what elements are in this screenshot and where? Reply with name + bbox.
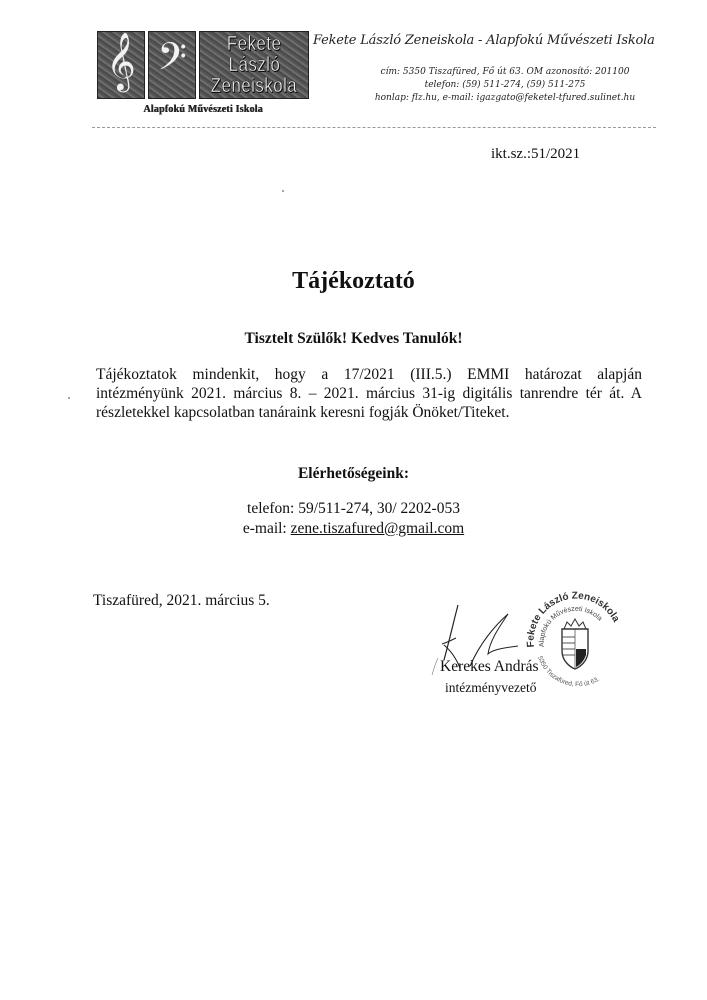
treble-clef-icon: 𝄞 [98, 36, 144, 86]
logo-name-panel: Fekete László Zeneiskola [199, 31, 309, 99]
salutation: Tisztelt Szülők! Kedves Tanulók! [0, 330, 707, 348]
svg-text:5350 Tiszafüred, Fő út 63.: 5350 Tiszafüred, Fő út 63. [536, 655, 601, 688]
letterhead-phone-line: telefon: (59) 511-274, (59) 511-275 [355, 80, 655, 90]
body-paragraph: Tájékoztatok mindenkit, hogy a 17/2021 (… [96, 365, 642, 422]
bass-clef-panel: 𝄢 [148, 31, 196, 99]
school-logo: 𝄞 𝄢 Fekete László Zeneiskola [97, 31, 309, 99]
scan-speck [68, 397, 70, 399]
logo-name-line: Fekete [227, 34, 282, 55]
address-line: cím: 5350 Tiszafüred, Fő út 63. OM azono… [355, 67, 655, 77]
signer-role: intézményvezető [445, 680, 536, 696]
letterhead-web-line: honlap: flz.hu, e-mail: igazgato@feketel… [355, 93, 655, 103]
email-link[interactable]: zene.tiszafured@gmail.com [291, 520, 465, 537]
document-title: Tájékoztató [0, 268, 707, 295]
contact-email-line: e-mail: zene.tiszafured@gmail.com [0, 520, 707, 538]
school-name: Fekete László Zeneiskola - Alapfokú Művé… [313, 33, 655, 48]
body-line: intézményünk 2021. március 8. – 2021. má… [96, 384, 642, 403]
coat-of-arms-icon [562, 619, 588, 669]
bass-clef-icon: 𝄢 [149, 38, 195, 84]
signer-name: Kerekes András [440, 658, 539, 676]
treble-clef-panel: 𝄞 [97, 31, 145, 99]
official-stamp: Fekete László Zeneiskola Alapfokú Művész… [520, 585, 630, 695]
contact-phone: telefon: 59/511-274, 30/ 2202-053 [0, 500, 707, 518]
contacts-heading: Elérhetőségeink: [0, 465, 707, 483]
logo-subtitle: Alapfokú Művészeti Iskola [97, 104, 309, 115]
stamp-text-bottom: 5350 Tiszafüred, Fő út 63. [536, 655, 601, 688]
email-label: e-mail: [243, 520, 291, 537]
header-divider [92, 127, 656, 128]
scan-speck [282, 190, 284, 192]
logo-name-line: Zeneiskola [211, 76, 297, 97]
logo-name-line: László [228, 55, 280, 76]
place-and-date: Tiszafüred, 2021. március 5. [93, 592, 270, 610]
body-line: részletekkel kapcsolatban tanáraink kere… [96, 403, 642, 422]
reference-number: ikt.sz.:51/2021 [491, 146, 580, 163]
body-line: Tájékoztatok mindenkit, hogy a 17/2021 (… [96, 365, 642, 384]
